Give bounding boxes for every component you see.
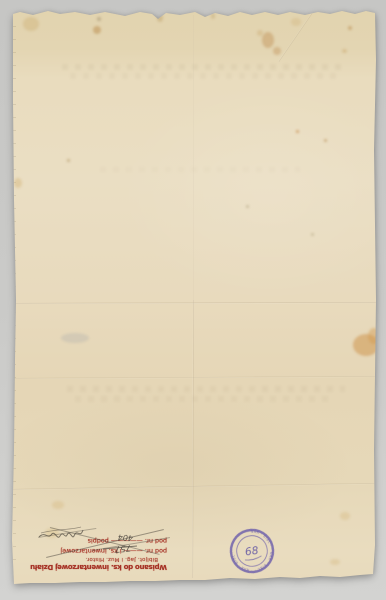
fold-crease	[193, 15, 194, 300]
stain-spot	[262, 32, 274, 48]
stain-spot	[291, 18, 301, 26]
fold-crease	[13, 302, 376, 304]
showthrough-band	[100, 167, 300, 172]
stain-spot	[342, 49, 347, 53]
stain-spot	[23, 17, 39, 31]
stain-spot	[330, 559, 340, 565]
blue-circular-stamp: · NAR · BIBL · · NAR · BIBL · · NAR · BI…	[218, 517, 286, 585]
stain-spot	[67, 159, 70, 162]
paper-sheet: Wpisano do ks. inwentarzowej Działu Bibl…	[0, 0, 386, 600]
stain-spot	[157, 14, 163, 22]
stamp-line-2: Bibljot. Jag. i Muz. Histor.	[37, 555, 167, 562]
stain-spot	[61, 333, 89, 343]
stamp-line-1: Wpisano do ks. inwentarzowej Działu	[37, 562, 167, 571]
fold-crease	[13, 376, 376, 379]
stain-spot	[211, 13, 215, 19]
stain-spot	[324, 139, 327, 142]
stain-spot	[348, 26, 352, 30]
scanned-document-image: Wpisano do ks. inwentarzowej Działu Bibl…	[0, 0, 386, 600]
stain-spot	[246, 205, 249, 208]
stain-spot	[340, 512, 350, 520]
red-accession-stamp: Wpisano do ks. inwentarzowej Działu Bibl…	[37, 519, 167, 571]
showthrough-band	[75, 396, 335, 402]
stain-spot	[52, 501, 64, 509]
fold-crease	[194, 483, 376, 487]
showthrough-band	[62, 64, 348, 70]
fold-crease	[13, 486, 194, 490]
stain-spot	[93, 26, 101, 34]
paper-edge-sewing-marks	[13, 26, 16, 566]
showthrough-band	[67, 386, 345, 392]
stain-spot	[257, 30, 263, 36]
stain-spot	[311, 233, 314, 236]
showthrough-band	[70, 73, 340, 79]
stamp-center-number: 68	[244, 545, 259, 559]
stain-spot	[368, 328, 380, 344]
fold-crease	[192, 300, 194, 578]
stain-spot	[296, 130, 299, 133]
paper-shadow-wrap: Wpisano do ks. inwentarzowej Działu Bibl…	[0, 0, 386, 600]
stain-spot	[273, 47, 281, 55]
stain-spot	[97, 17, 101, 21]
stain-spot	[14, 178, 22, 188]
